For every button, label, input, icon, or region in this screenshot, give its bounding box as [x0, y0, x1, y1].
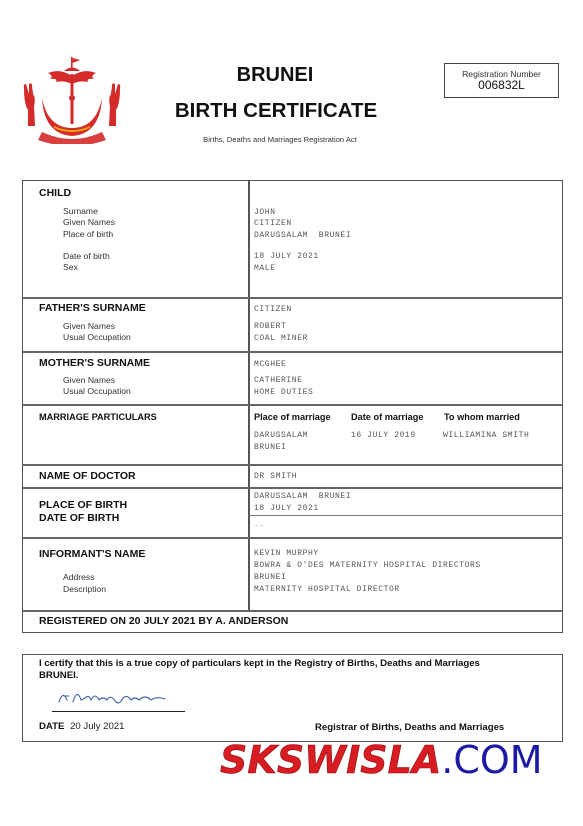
father-surname-heading: FATHER'S SURNAME: [39, 302, 146, 314]
document-title: BIRTH CERTIFICATE: [160, 99, 392, 123]
father-occupation-value: COAL MINER: [254, 334, 308, 343]
birth-date-value: 18 JULY 2021: [254, 504, 319, 513]
child-date-of-birth-value: 18 JULY 2021: [254, 252, 319, 261]
place-of-birth-heading: PLACE OF BIRTH: [39, 499, 127, 511]
registration-number-value: 006832L: [445, 79, 558, 92]
marriage-date-column: Date of marriage: [351, 412, 424, 422]
row-divider: [22, 404, 563, 406]
row-divider: [22, 351, 563, 353]
marriage-spouse-value: WILLIAMINA SMITH: [443, 431, 529, 440]
informant-description-value: MATERNITY HOSPITAL DIRECTOR: [254, 585, 400, 594]
marriage-heading: MARRIAGE PARTICULARS: [39, 412, 157, 422]
watermark-part2: .COM: [441, 738, 542, 782]
father-given-names-value: ROBERT: [254, 322, 286, 331]
informant-address-line2: BRUNEI: [254, 573, 286, 582]
mother-surname-heading: MOTHER'S SURNAME: [39, 357, 150, 369]
certification-date: DATE 20 July 2021: [39, 721, 124, 732]
informant-address-line1: BOWRA & O'DES MATERNITY HOSPITAL DIRECTO…: [254, 561, 481, 570]
signature-line: [52, 711, 185, 712]
marriage-place-column: Place of marriage: [254, 412, 331, 422]
child-place-of-birth-value: DARUSSALAM BRUNEI: [254, 231, 351, 240]
birth-extra-value: --: [254, 522, 265, 531]
child-sex-label: Sex: [63, 262, 78, 273]
country-heading: BRUNEI: [170, 64, 380, 87]
father-occupation-label: Usual Occupation: [63, 332, 131, 343]
father-surname-value: CITIZEN: [254, 305, 292, 314]
registrar-title: Registrar of Births, Deaths and Marriage…: [315, 722, 504, 733]
child-heading: CHILD: [39, 187, 71, 199]
mother-occupation-label: Usual Occupation: [63, 386, 131, 397]
child-date-of-birth-label: Date of birth: [63, 251, 110, 262]
registered-statement: REGISTERED ON 20 JULY 2021 BY A. ANDERSO…: [39, 615, 288, 627]
doctor-value: DR SMITH: [254, 472, 297, 481]
informant-description-label: Description: [63, 584, 106, 595]
informant-heading: INFORMANT'S NAME: [39, 548, 145, 560]
child-given-names-value: CITIZEN: [254, 219, 292, 228]
father-given-names-label: Given Names: [63, 321, 115, 332]
informant-name-value: KEVIN MURPHY: [254, 549, 319, 558]
mother-surname-value: MCGHEE: [254, 360, 286, 369]
row-divider: [22, 464, 563, 466]
marriage-place-value-line2: BRUNEI: [254, 443, 286, 452]
row-divider: [22, 610, 563, 612]
brunei-crest-emblem-icon: [20, 54, 124, 144]
mother-given-names-label: Given Names: [63, 375, 115, 386]
watermark: SKSWISLA.COM: [220, 738, 543, 783]
marriage-date-value: 16 JULY 2019: [351, 431, 416, 440]
registration-number-box: Registration Number 006832L: [444, 63, 559, 98]
child-place-of-birth-label: Place of birth: [63, 229, 113, 240]
marriage-spouse-column: To whom married: [444, 412, 520, 422]
row-divider: [22, 487, 563, 489]
child-given-names-label: Given Names: [63, 217, 115, 228]
document-subtitle: Births, Deaths and Marriages Registratio…: [160, 135, 400, 144]
watermark-part1: SKSWISLA: [220, 738, 441, 782]
certification-text-line1: I certify that this is a true copy of pa…: [39, 658, 480, 669]
doctor-heading: NAME OF DOCTOR: [39, 470, 136, 482]
cell-divider: [249, 515, 563, 516]
child-surname-label: Surname: [63, 206, 98, 217]
marriage-place-value-line1: DARUSSALAM: [254, 431, 308, 440]
certification-text-line2: BRUNEI.: [39, 670, 78, 681]
date-value: 20 July 2021: [70, 721, 124, 732]
birth-place-value: DARUSSALAM BRUNEI: [254, 492, 351, 501]
date-label: DATE: [39, 721, 64, 732]
registrar-signature: [55, 684, 185, 708]
child-surname-value: JOHN: [254, 208, 276, 217]
mother-given-names-value: CATHERINE: [254, 376, 303, 385]
child-sex-value: MALE: [254, 264, 276, 273]
date-of-birth-heading: DATE OF BIRTH: [39, 512, 119, 524]
row-divider: [22, 297, 563, 299]
column-divider: [248, 180, 250, 610]
informant-address-label: Address: [63, 572, 95, 583]
row-divider: [22, 537, 563, 539]
mother-occupation-value: HOME DUTIES: [254, 388, 313, 397]
